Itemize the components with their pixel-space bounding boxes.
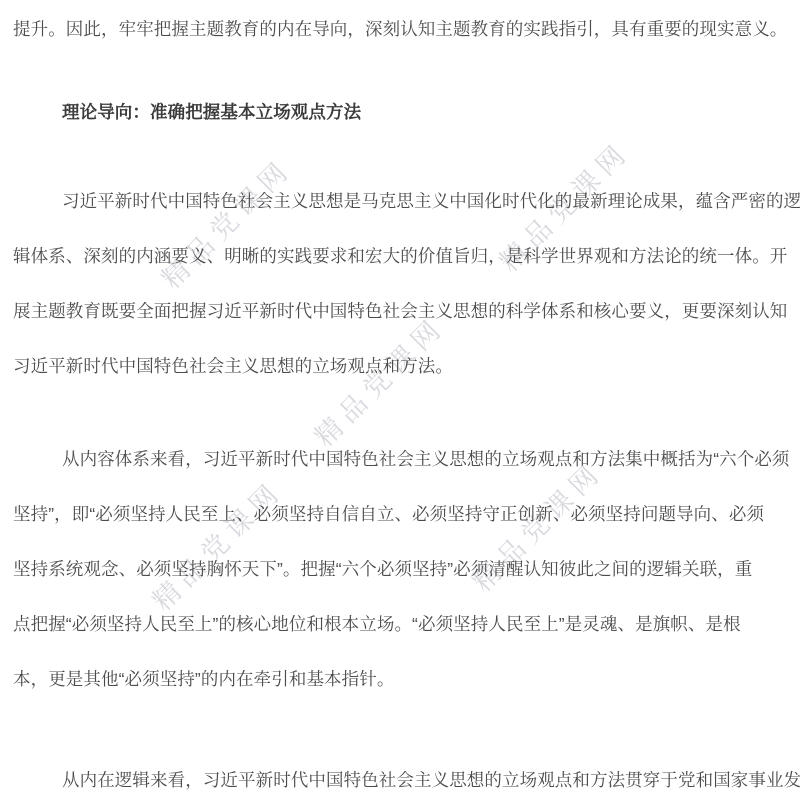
- text-line: 辑体系、深刻的内涵要义、明晰的实践要求和宏大的价值旨归，是科学世界观和方法论的统…: [13, 229, 787, 284]
- text-line: 从内容体系来看，习近平新时代中国特色社会主义思想的立场观点和方法集中概括为“六个…: [13, 432, 787, 487]
- text-line: 理论导向：准确把握基本立场观点方法: [13, 85, 787, 140]
- text-line: 展主题教育既要全面把握习近平新时代中国特色社会主义思想的科学体系和核心要义，更要…: [13, 284, 787, 339]
- text-line: 从内在逻辑来看，习近平新时代中国特色社会主义思想的立场观点和方法贯穿于党和国家事…: [13, 753, 787, 800]
- text-line: 坚持系统观念、必须坚持胸怀天下”。把握“六个必须坚持”必须清醒认知彼此之间的逻辑…: [13, 542, 787, 597]
- paragraph-theory: 习近平新时代中国特色社会主义思想是马克思主义中国化时代化的最新理论成果，蕴含严密…: [13, 174, 787, 394]
- document-page: 精品党课网精品党课网精品党课网精品党课网精品党课网 提升。因此，牢牢把握主题教育…: [0, 0, 800, 800]
- document-content: 提升。因此，牢牢把握主题教育的内在导向，深刻认知主题教育的实践指引，具有重要的现…: [0, 0, 800, 800]
- text-line: 习近平新时代中国特色社会主义思想的立场观点和方法。: [13, 339, 787, 394]
- paragraph-continuation: 提升。因此，牢牢把握主题教育的内在导向，深刻认知主题教育的实践指引，具有重要的现…: [13, 2, 787, 57]
- text-line: 提升。因此，牢牢把握主题教育的内在导向，深刻认知主题教育的实践指引，具有重要的现…: [13, 2, 787, 57]
- text-line: 坚持”，即“必须坚持人民至上、必须坚持自信自立、必须坚持守正创新、必须坚持问题导…: [13, 487, 787, 542]
- paragraph-inner-logic: 从内在逻辑来看，习近平新时代中国特色社会主义思想的立场观点和方法贯穿于党和国家事…: [13, 753, 787, 800]
- text-line: 点把握“必须坚持人民至上”的核心地位和根本立场。“必须坚持人民至上”是灵魂、是旗…: [13, 597, 787, 652]
- text-line: 习近平新时代中国特色社会主义思想是马克思主义中国化时代化的最新理论成果，蕴含严密…: [13, 174, 787, 229]
- paragraph-six-musts: 从内容体系来看，习近平新时代中国特色社会主义思想的立场观点和方法集中概括为“六个…: [13, 432, 787, 707]
- text-line: 本，更是其他“必须坚持”的内在牵引和基本指针。: [13, 652, 787, 707]
- section-heading: 理论导向：准确把握基本立场观点方法: [13, 85, 787, 140]
